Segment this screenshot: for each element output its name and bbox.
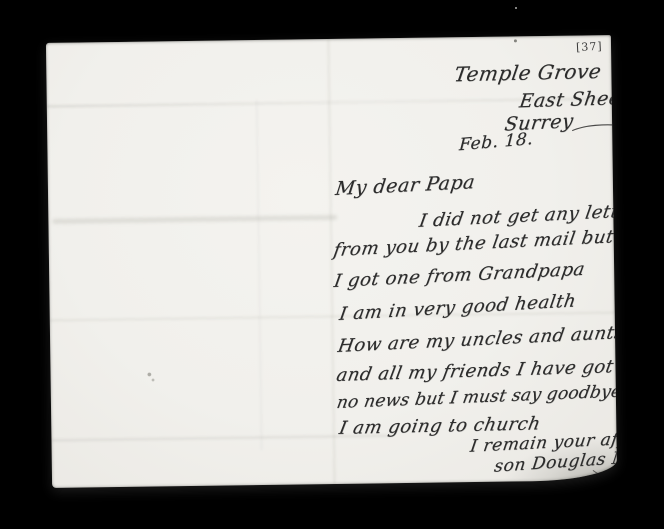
letter-body-line: I got one from Grandpapa: [332, 259, 586, 292]
letter-body-line: and all my friends I have got: [335, 356, 616, 386]
fold-crease-horizontal: [52, 215, 337, 224]
fold-crease-vertical: [256, 100, 263, 450]
letter-body-line: no news but I must say goodbye as: [335, 381, 617, 413]
letter-salutation: My dear Papa: [334, 171, 476, 200]
folio-number: [37]: [576, 40, 603, 54]
letter-body-line: I am in very good health: [338, 290, 578, 325]
dust-speck: [515, 7, 517, 9]
ink-dot: [514, 39, 517, 42]
letter-date: Feb. 18.: [459, 129, 534, 155]
heading-line-place: Temple Grove: [453, 59, 604, 86]
letter-page: [37] Temple Grove East Sheen Surrey Feb.…: [46, 35, 617, 488]
pen-flourish: [571, 121, 617, 134]
ink-blemish: [144, 369, 156, 383]
fold-crease-vertical: [327, 39, 336, 484]
letter-body-line: How are my uncles and aunts: [336, 322, 617, 357]
letter-body-line: from you by the last mail but: [332, 226, 616, 261]
scan-background: [37] Temple Grove East Sheen Surrey Feb.…: [0, 0, 664, 529]
heading-line-town: East Sheen: [518, 87, 617, 113]
